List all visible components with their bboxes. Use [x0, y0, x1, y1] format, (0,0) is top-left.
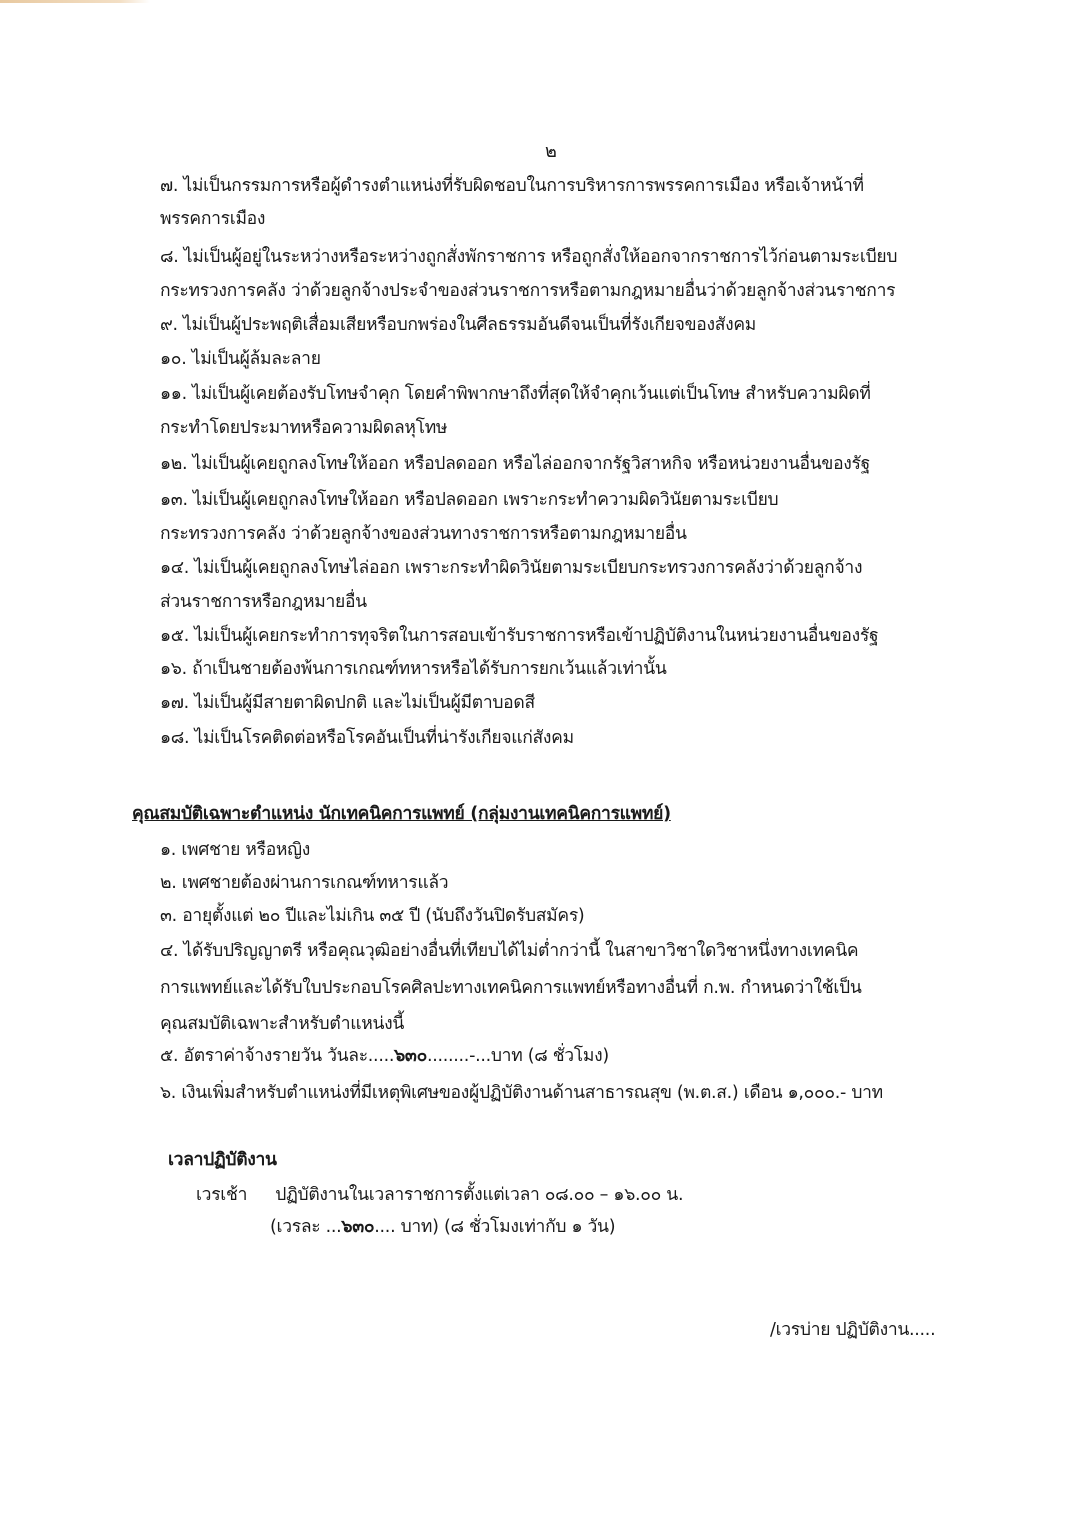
item-number: ๔. — [160, 941, 178, 961]
list-item-13-continuation: กระทรวงการคลัง ว่าด้วยลูกจ้างของส่วนทางร… — [160, 521, 687, 547]
wage-suffix: ........-...บาท (๘ ชั่วโมง) — [427, 1046, 609, 1066]
list-item-9: ๙. ไม่เป็นผู้ประพฤติเสื่อมเสียหรือบกพร่อ… — [160, 312, 756, 338]
item-number: ๕. — [160, 1046, 178, 1066]
spec-item-4: ๔. ได้รับปริญญาตรี หรือคุณวุฒิอย่างอื่นท… — [160, 938, 858, 964]
item-text: ไม่เป็นผู้ประพฤติเสื่อมเสียหรือบกพร่องใน… — [183, 315, 756, 335]
item-number: ๑๑. — [160, 384, 187, 404]
morning-shift-row: เวรเช้า ปฏิบัติงานในเวลาราชการตั้งแต่เวล… — [196, 1182, 683, 1208]
item-text: ไม่เป็นผู้เคยต้องรับโทษจำคุก โดยคำพิพากษ… — [192, 384, 870, 404]
list-item-16: ๑๖. ถ้าเป็นชายต้องพ้นการเกณฑ์ทหารหรือได้… — [160, 656, 667, 682]
list-item-10: ๑๐. ไม่เป็นผู้ล้มละลาย — [160, 346, 321, 372]
list-item-8: ๘. ไม่เป็นผู้อยู่ในระหว่างหรือระหว่างถูก… — [160, 244, 897, 270]
item-number: ๓. — [160, 906, 177, 926]
list-item-7: ๗. ไม่เป็นกรรมการหรือผู้ดำรงตำแหน่งที่รั… — [160, 173, 864, 199]
item-number: ๑๐. — [160, 349, 186, 369]
item-text: ไม่เป็นผู้เคยถูกลงโทษไล่ออก เพราะกระทำผิ… — [194, 558, 862, 578]
list-item-13: ๑๓. ไม่เป็นผู้เคยถูกลงโทษให้ออก หรือปลดอ… — [160, 487, 778, 513]
document-page: ๒ ๗. ไม่เป็นกรรมการหรือผู้ดำรงตำแหน่งที่… — [0, 0, 1065, 1537]
item-number: ๑๗. — [160, 693, 189, 713]
page-number: ๒ — [545, 140, 557, 164]
item-text: ไม่เป็นผู้เคยถูกลงโทษให้ออก หรือปลดออก เ… — [193, 490, 778, 510]
list-item-11-continuation: กระทำโดยประมาทหรือความผิดลหุโทษ — [160, 415, 447, 441]
item-number: ๖. — [160, 1083, 176, 1103]
section-heading: คุณสมบัติเฉพาะตำแหน่ง นักเทคนิคการแพทย์ … — [132, 801, 671, 827]
item-text: ไม่เป็นผู้อยู่ในระหว่างหรือระหว่างถูกสั่… — [184, 247, 897, 267]
list-item-12: ๑๒. ไม่เป็นผู้เคยถูกลงโทษให้ออก หรือปลดอ… — [160, 451, 870, 477]
item-text: ไม่เป็นผู้เคยถูกลงโทษให้ออก หรือปลดออก ห… — [193, 454, 870, 474]
list-item-7-continuation: พรรคการเมือง — [160, 206, 265, 232]
item-text: ไม่เป็นผู้มีสายตาผิดปกติ และไม่เป็นผู้มี… — [194, 693, 535, 713]
shift-rate-prefix: (เวรละ ... — [270, 1217, 341, 1237]
item-number: ๘. — [160, 247, 178, 267]
shift-rate-row: (เวรละ ...๖๓๐.... บาท) (๘ ชั่วโมงเท่ากับ… — [270, 1214, 615, 1240]
list-item-17: ๑๗. ไม่เป็นผู้มีสายตาผิดปกติ และไม่เป็นผ… — [160, 690, 535, 716]
item-number: ๑. — [160, 840, 176, 860]
shift-label: เวรเช้า — [196, 1182, 270, 1208]
list-item-11: ๑๑. ไม่เป็นผู้เคยต้องรับโทษจำคุก โดยคำพิ… — [160, 381, 871, 407]
item-number: ๙. — [160, 315, 178, 335]
item-text: ได้รับปริญญาตรี หรือคุณวุฒิอย่างอื่นที่เ… — [183, 941, 858, 961]
spec-item-5: ๕. อัตราค่าจ้างรายวัน วันละ.....๖๓๐.....… — [160, 1043, 609, 1069]
item-number: ๑๖. — [160, 659, 187, 679]
shift-rate-value: ๖๓๐ — [341, 1217, 374, 1237]
continuation-note: /เวรบ่าย ปฏิบัติงาน..... — [770, 1317, 935, 1343]
spec-item-1: ๑. เพศชาย หรือหญิง — [160, 837, 310, 863]
spec-item-6: ๖. เงินเพิ่มสำหรับตำแหน่งที่มีเหตุพิเศษข… — [160, 1080, 883, 1106]
item-text: ไม่เป็นผู้เคยกระทำการทุจริตในการสอบเข้าร… — [194, 626, 878, 646]
item-text: เพศชายต้องผ่านการเกณฑ์ทหารแล้ว — [182, 873, 449, 893]
item-number: ๑๔. — [160, 558, 189, 578]
item-text: เงินเพิ่มสำหรับตำแหน่งที่มีเหตุพิเศษของผ… — [181, 1083, 883, 1103]
shift-rate-suffix: .... บาท) (๘ ชั่วโมงเท่ากับ ๑ วัน) — [374, 1217, 615, 1237]
item-number: ๑๒. — [160, 454, 187, 474]
item-text: ถ้าเป็นชายต้องพ้นการเกณฑ์ทหารหรือได้รับก… — [192, 659, 666, 679]
shift-hours: ปฏิบัติงานในเวลาราชการตั้งแต่เวลา ๐๘.๐๐ … — [275, 1185, 683, 1205]
item-text: ไม่เป็นผู้ล้มละลาย — [192, 349, 321, 369]
spec-item-3: ๓. อายุตั้งแต่ ๒๐ ปีและไม่เกิน ๓๕ ปี (นั… — [160, 903, 584, 929]
spec-item-4-continuation-1: การแพทย์และได้รับใบประกอบโรคศิลปะทางเทคน… — [160, 975, 862, 1001]
item-text: อายุตั้งแต่ ๒๐ ปีและไม่เกิน ๓๕ ปี (นับถึ… — [182, 906, 584, 926]
item-text: ไม่เป็นโรคติดต่อหรือโรคอันเป็นที่น่ารังเ… — [195, 728, 574, 748]
working-hours-heading: เวลาปฏิบัติงาน — [168, 1147, 277, 1173]
item-number: ๑๓. — [160, 490, 188, 510]
spec-item-2: ๒. เพศชายต้องผ่านการเกณฑ์ทหารแล้ว — [160, 870, 448, 896]
list-item-15: ๑๕. ไม่เป็นผู้เคยกระทำการทุจริตในการสอบเ… — [160, 623, 878, 649]
item-number: ๑๕. — [160, 626, 189, 646]
item-text: ไม่เป็นกรรมการหรือผู้ดำรงตำแหน่งที่รับผิ… — [183, 176, 863, 196]
list-item-14-continuation: ส่วนราชการหรือกฎหมายอื่น — [160, 589, 367, 615]
list-item-18: ๑๘. ไม่เป็นโรคติดต่อหรือโรคอันเป็นที่น่า… — [160, 725, 574, 751]
item-text: เพศชาย หรือหญิง — [181, 840, 310, 860]
wage-prefix: อัตราค่าจ้างรายวัน วันละ..... — [183, 1046, 394, 1066]
list-item-8-continuation: กระทรวงการคลัง ว่าด้วยลูกจ้างประจำของส่ว… — [160, 278, 895, 304]
list-item-14: ๑๔. ไม่เป็นผู้เคยถูกลงโทษไล่ออก เพราะกระ… — [160, 555, 862, 581]
item-number: ๑๘. — [160, 728, 189, 748]
item-number: ๒. — [160, 873, 177, 893]
spec-item-4-continuation-2: คุณสมบัติเฉพาะสำหรับตำแหน่งนี้ — [160, 1011, 404, 1037]
item-number: ๗. — [160, 176, 178, 196]
daily-wage-value: ๖๓๐ — [394, 1046, 427, 1066]
